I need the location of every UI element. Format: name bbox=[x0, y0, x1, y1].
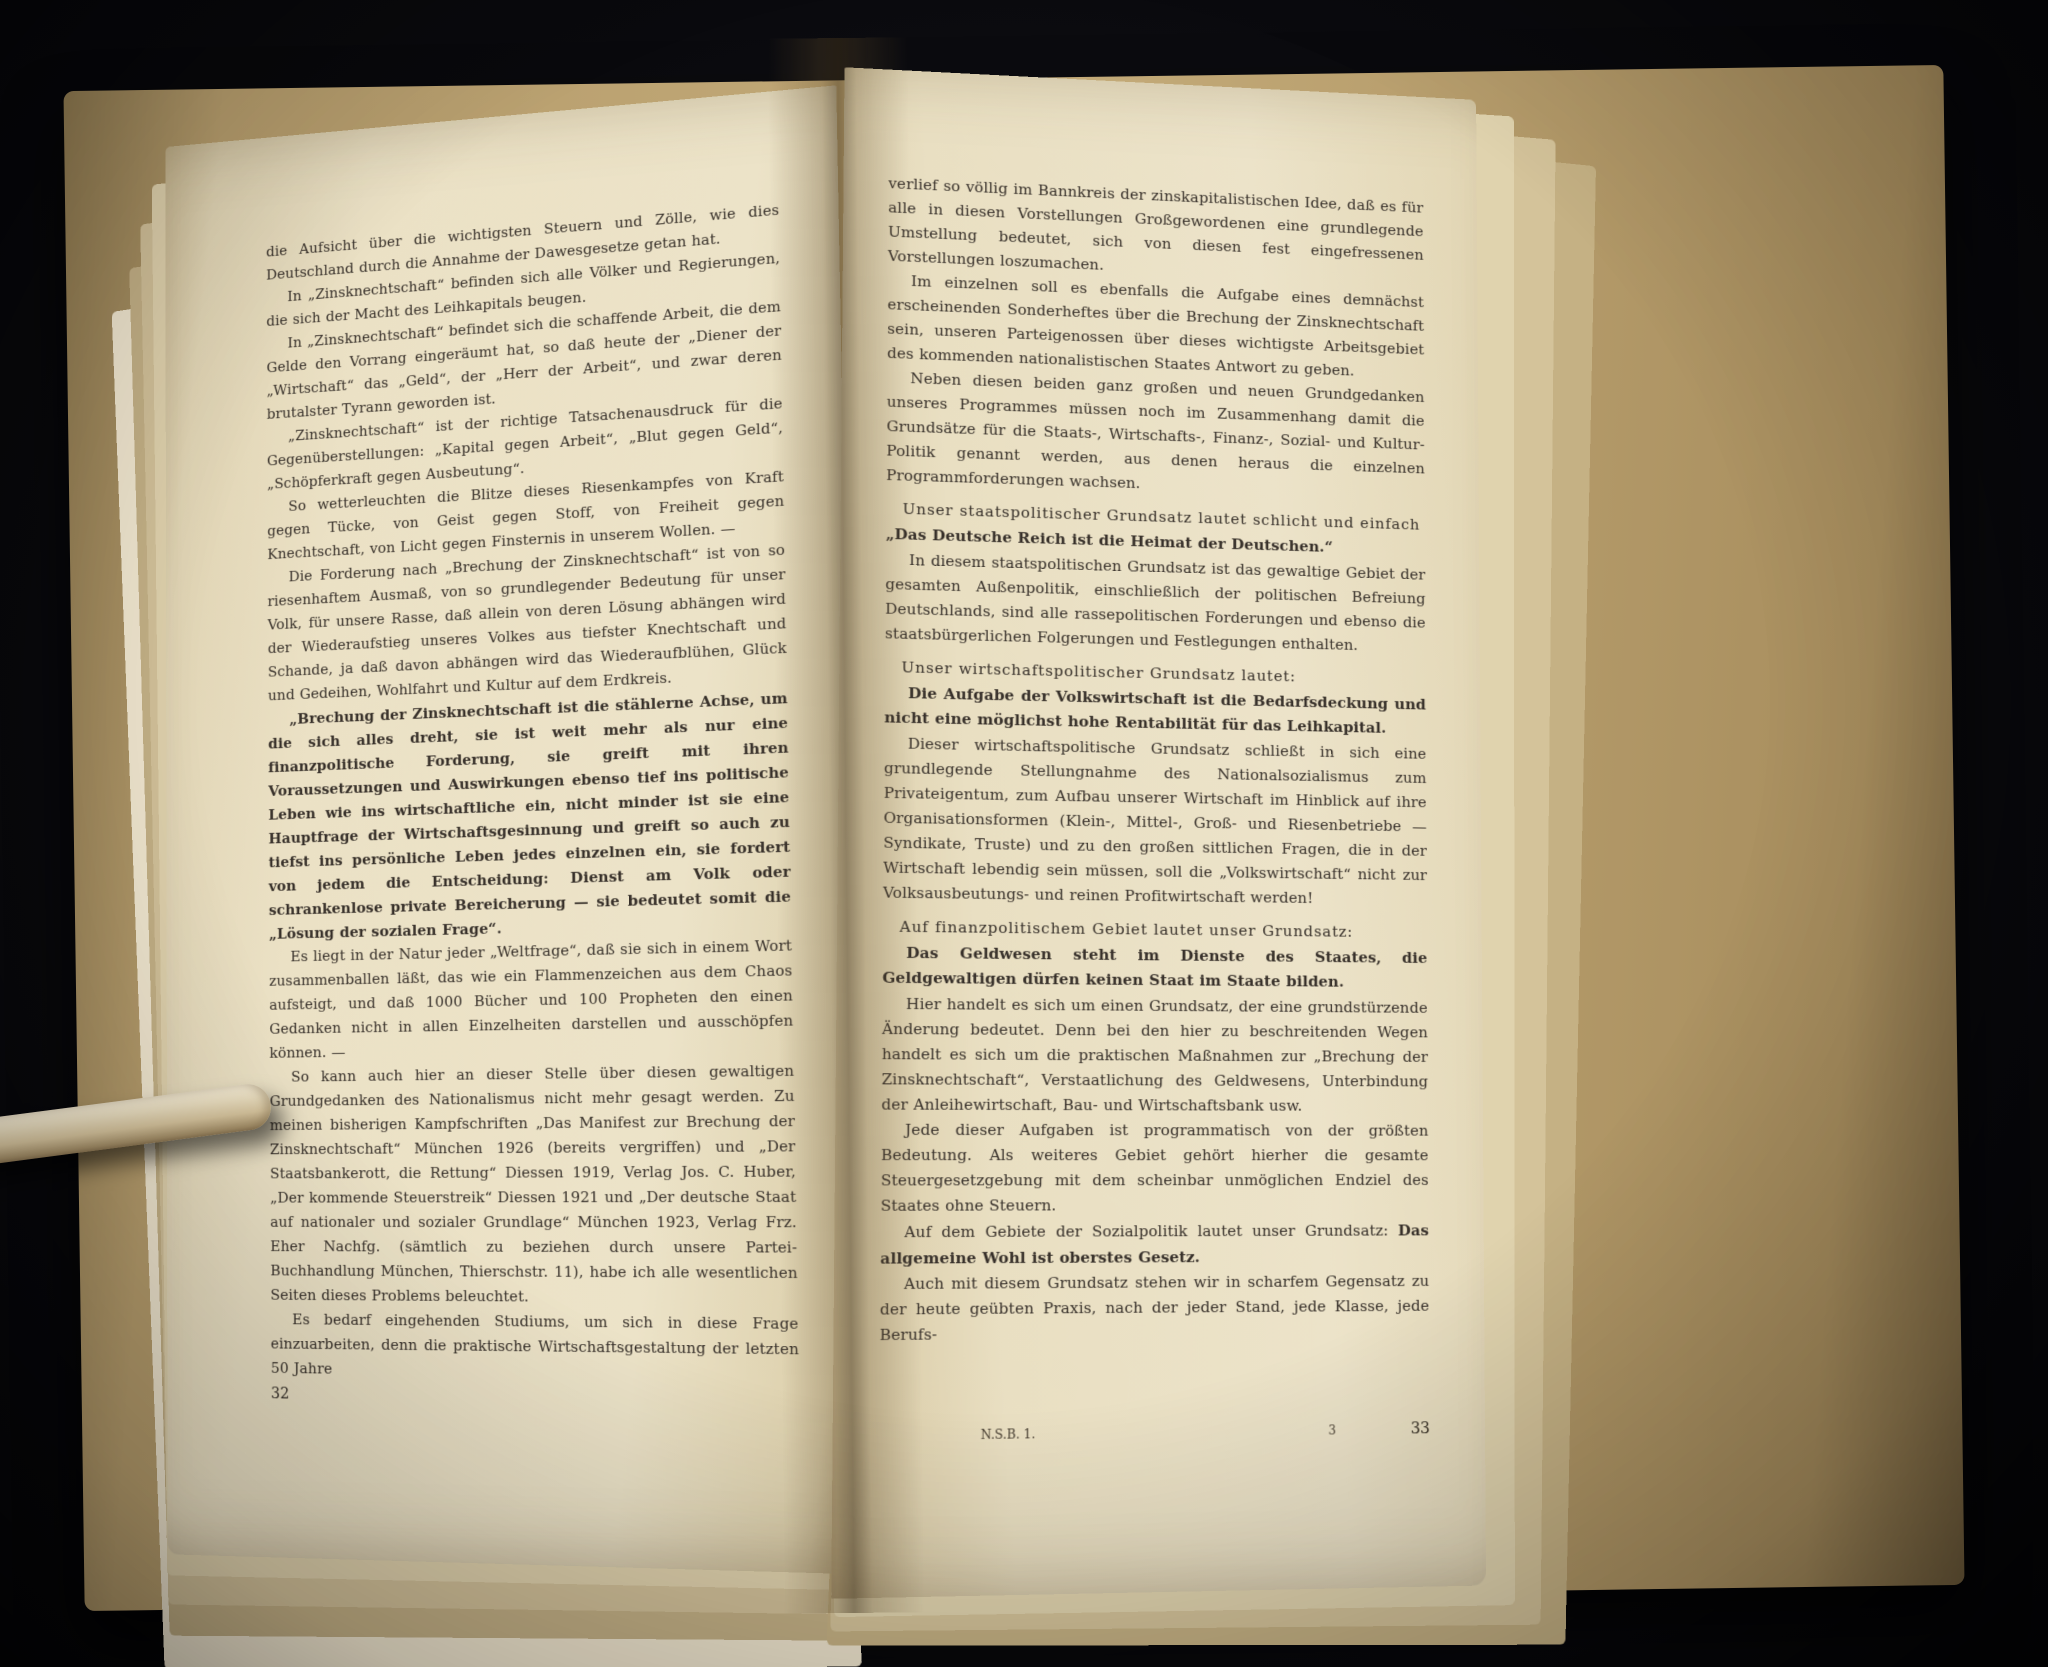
series-mark: N.S.B. 1. bbox=[981, 1426, 1036, 1442]
signature-mark: 3 bbox=[1328, 1422, 1336, 1437]
left-page-text: die Aufsicht über die wichtigsten Steuer… bbox=[266, 198, 800, 1413]
paragraph: So kann auch hier an dieser Stelle über … bbox=[270, 1059, 799, 1312]
paragraph: Es bedarf eingehenden Studiums, um sich … bbox=[271, 1307, 800, 1388]
paragraph: Neben diesen beiden ganz großen und neue… bbox=[886, 366, 1425, 505]
book-photograph: die Aufsicht über die wichtigsten Steuer… bbox=[0, 0, 2048, 1667]
paragraph: Hier handelt es sich um einen Grundsatz,… bbox=[881, 992, 1428, 1119]
paragraph: Es liegt in der Natur jeder „Weltfrage“,… bbox=[269, 933, 794, 1065]
paragraph: Die Forderung nach „Brechung der Zinskne… bbox=[267, 538, 787, 708]
paragraph: Dieser wirtschaftspolitische Grundsatz s… bbox=[883, 731, 1427, 912]
right-page-footer: N.S.B. 1. 3 33 bbox=[879, 1418, 1430, 1444]
right-page-text: verlief so völlig im Bannkreis der zinsk… bbox=[880, 172, 1430, 1349]
paragraph-mixed: Auf dem Gebiete der Sozialpolitik lautet… bbox=[880, 1218, 1429, 1272]
paragraph: Jede dieser Aufgaben ist programmatisch … bbox=[881, 1118, 1429, 1219]
left-page: die Aufsicht über die wichtigsten Steuer… bbox=[165, 85, 864, 1574]
right-page: verlief so völlig im Bannkreis der zinsk… bbox=[831, 67, 1486, 1598]
paragraph: Auch mit diesem Grundsatz stehen wir in … bbox=[880, 1269, 1430, 1348]
paragraph: In diesem staatspolitischen Grundsatz is… bbox=[885, 548, 1426, 660]
grundsatz-heading: Das Geldwesen steht im Dienste des Staat… bbox=[882, 940, 1427, 995]
paragraph-lead: Auf dem Gebiete der Sozialpolitik lautet… bbox=[904, 1222, 1398, 1242]
page-number-right: 33 bbox=[1411, 1418, 1430, 1437]
paragraph-bold: „Brechung der Zinsknechtschaft ist die s… bbox=[268, 685, 792, 945]
